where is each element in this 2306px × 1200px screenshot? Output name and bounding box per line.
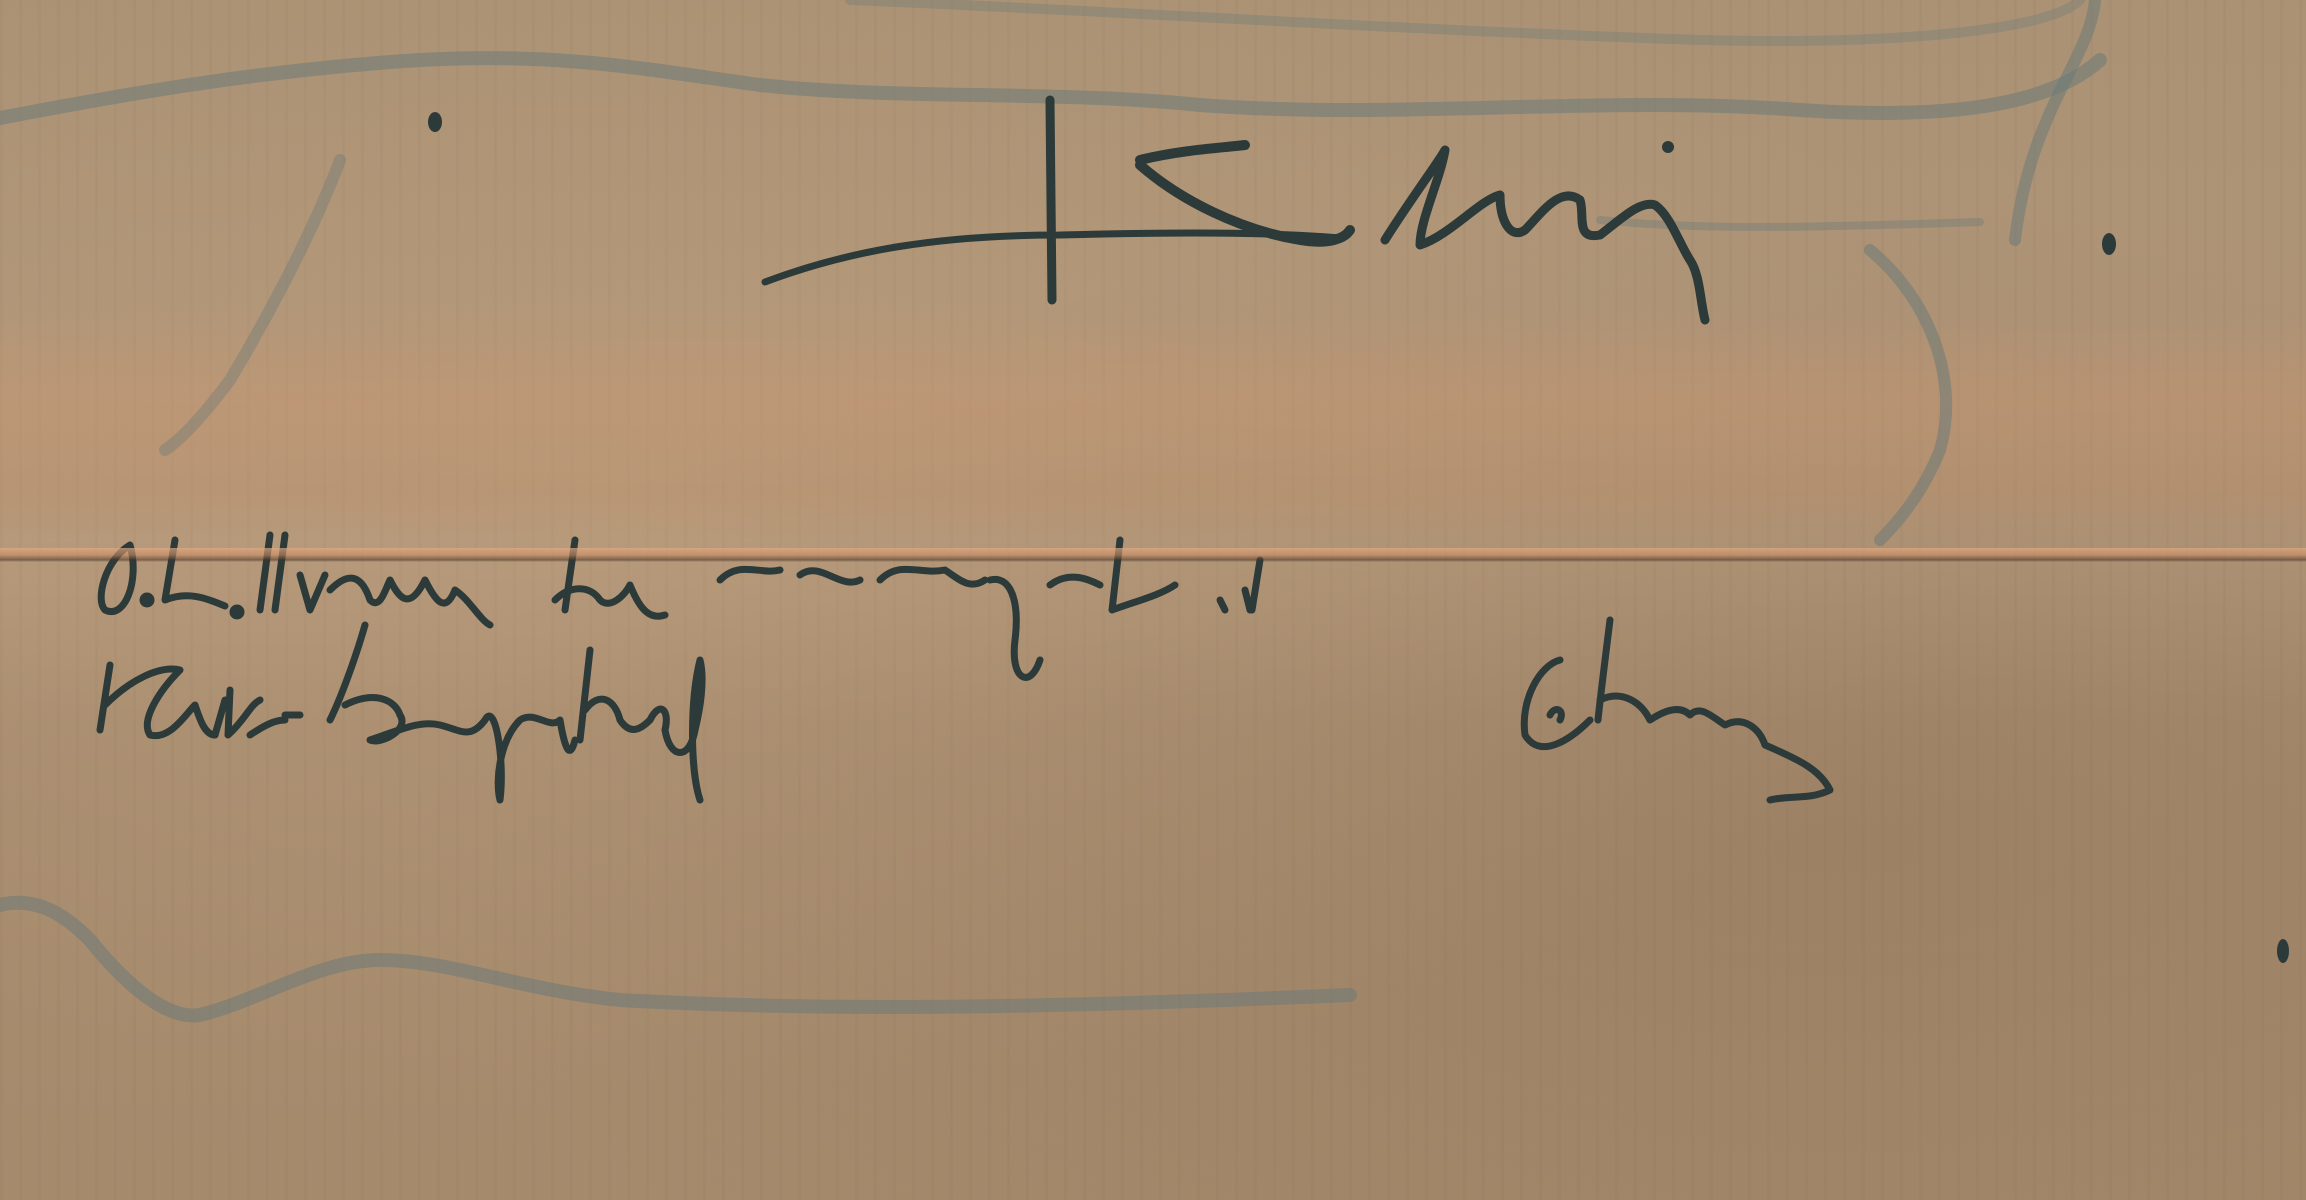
sketch-and-ink-layer [0,0,2306,1200]
signature-severin [428,100,2289,963]
paper-document: Severin O.L.Vr van de voorgevel v.d. Ker… [0,0,2306,1200]
inscription-line2-strokes [100,620,1830,800]
fold-crease [0,548,2306,562]
